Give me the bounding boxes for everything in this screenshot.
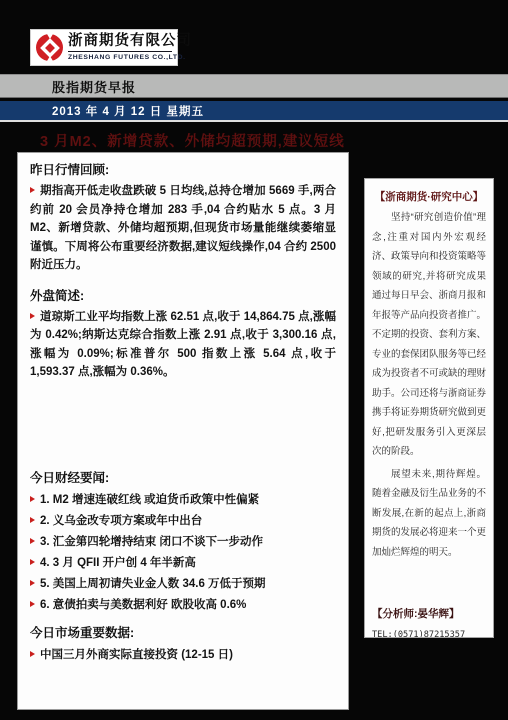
yesterday-review-paragraph: 期指高开低走收盘跌破 5 日均线,总持仓增加 5669 手,两合约前 20 会员… (30, 182, 336, 275)
news-item-text: 2. 义乌金改专项方案或年中出台 (40, 515, 202, 527)
company-name-en: ZHESHANG FUTURES CO.,LTD. (68, 54, 172, 62)
analyst-tel: TEL:(0571)87215357 (372, 630, 486, 638)
analyst-block: 【分析师:晏华辉】 TEL:(0571)87215357 E-mail:yanh… (372, 606, 486, 638)
news-item-text: 5. 美国上周初请失业金人数 34.6 万低于预期 (40, 578, 266, 590)
research-center-paragraph: 展望未来,期待辉煌。随着金融及衍生品业务的不断发展,在新的起点上,浙商期货的发展… (372, 465, 486, 563)
emblem-notch-bottom (47, 56, 53, 61)
news-item: 3. 汇金第四轮增持结束 闭口不谈下一步动作 (30, 535, 336, 549)
red-triangle-bullet-icon (30, 651, 35, 657)
analyst-name: 【分析师:晏华辉】 (372, 606, 486, 621)
section-heading-overseas-markets: 外盘简述: (30, 288, 336, 304)
logo-text: 浙商期货有限公司 ZHESHANG FUTURES CO.,LTD. (68, 33, 172, 62)
news-item: 1. M2 增速连破红线 或迫货币政策中性偏紧 (30, 493, 336, 507)
red-triangle-bullet-icon (30, 601, 35, 607)
main-panel: 昨日行情回顾: 期指高开低走收盘跌破 5 日均线,总持仓增加 5669 手,两合… (17, 152, 349, 710)
red-triangle-bullet-icon (30, 559, 35, 565)
report-title: 股指期货早报 (52, 77, 136, 96)
news-item-text: 3. 汇金第四轮增持结束 闭口不谈下一步动作 (40, 536, 263, 548)
research-center-paragraph: 坚持“研究创造价值”理念,注重对国内外宏观经济、政策导向和投资策略等领域的研究,… (372, 208, 486, 462)
research-center-title: 【浙商期货·研究中心】 (372, 189, 486, 204)
news-item-text: 1. M2 增速连破红线 或迫货币政策中性偏紧 (40, 494, 259, 506)
emblem-notch-top (47, 34, 53, 39)
zheshang-emblem-icon (36, 34, 63, 61)
report-date: 2013 年 4 月 12 日 星期五 (52, 103, 204, 119)
overseas-markets-paragraph: 道琼斯工业平均指数上涨 62.51 点,收于 14,864.75 点,涨幅为 0… (30, 308, 336, 382)
news-item: 4. 3 月 QFII 开户创 4 年半新高 (30, 556, 336, 570)
section-heading-yesterday-review: 昨日行情回顾: (30, 162, 336, 178)
news-item: 2. 义乌金改专项方案或年中出台 (30, 514, 336, 528)
data-item: 中国三月外商实际直接投资 (12-15 日) (30, 648, 336, 662)
section-heading-today-news: 今日财经要闻: (30, 470, 336, 486)
red-triangle-bullet-icon (30, 580, 35, 586)
company-name-cn: 浙商期货有限公司 (68, 33, 172, 52)
headline: 3 月M2、新增贷款、外储均超预期,建议短线 (40, 130, 470, 151)
red-triangle-bullet-icon (30, 517, 35, 523)
report-title-bar: 股指期货早报 (0, 74, 508, 98)
overseas-markets-text: 道琼斯工业平均指数上涨 62.51 点,收于 14,864.75 点,涨幅为 0… (30, 311, 336, 379)
news-item-text: 4. 3 月 QFII 开户创 4 年半新高 (40, 557, 196, 569)
company-logo: 浙商期货有限公司 ZHESHANG FUTURES CO.,LTD. (30, 29, 178, 66)
news-item: 5. 美国上周初请失业金人数 34.6 万低于预期 (30, 577, 336, 591)
date-bar: 2013 年 4 月 12 日 星期五 (0, 101, 508, 122)
red-triangle-bullet-icon (30, 187, 35, 193)
research-center-panel: 【浙商期货·研究中心】 坚持“研究创造价值”理念,注重对国内外宏观经济、政策导向… (364, 178, 494, 638)
yesterday-review-text: 期指高开低走收盘跌破 5 日均线,总持仓增加 5669 手,两合约前 20 会员… (30, 185, 336, 271)
section-heading-today-data: 今日市场重要数据: (30, 625, 336, 641)
red-triangle-bullet-icon (30, 313, 35, 319)
red-triangle-bullet-icon (30, 496, 35, 502)
news-item-text: 6. 意债拍卖与美数据利好 欧股收高 0.6% (40, 599, 246, 611)
news-item: 6. 意债拍卖与美数据利好 欧股收高 0.6% (30, 598, 336, 612)
report-page: 浙商期货有限公司 ZHESHANG FUTURES CO.,LTD. 股指期货早… (0, 0, 508, 720)
data-item-text: 中国三月外商实际直接投资 (12-15 日) (40, 649, 233, 661)
red-triangle-bullet-icon (30, 538, 35, 544)
